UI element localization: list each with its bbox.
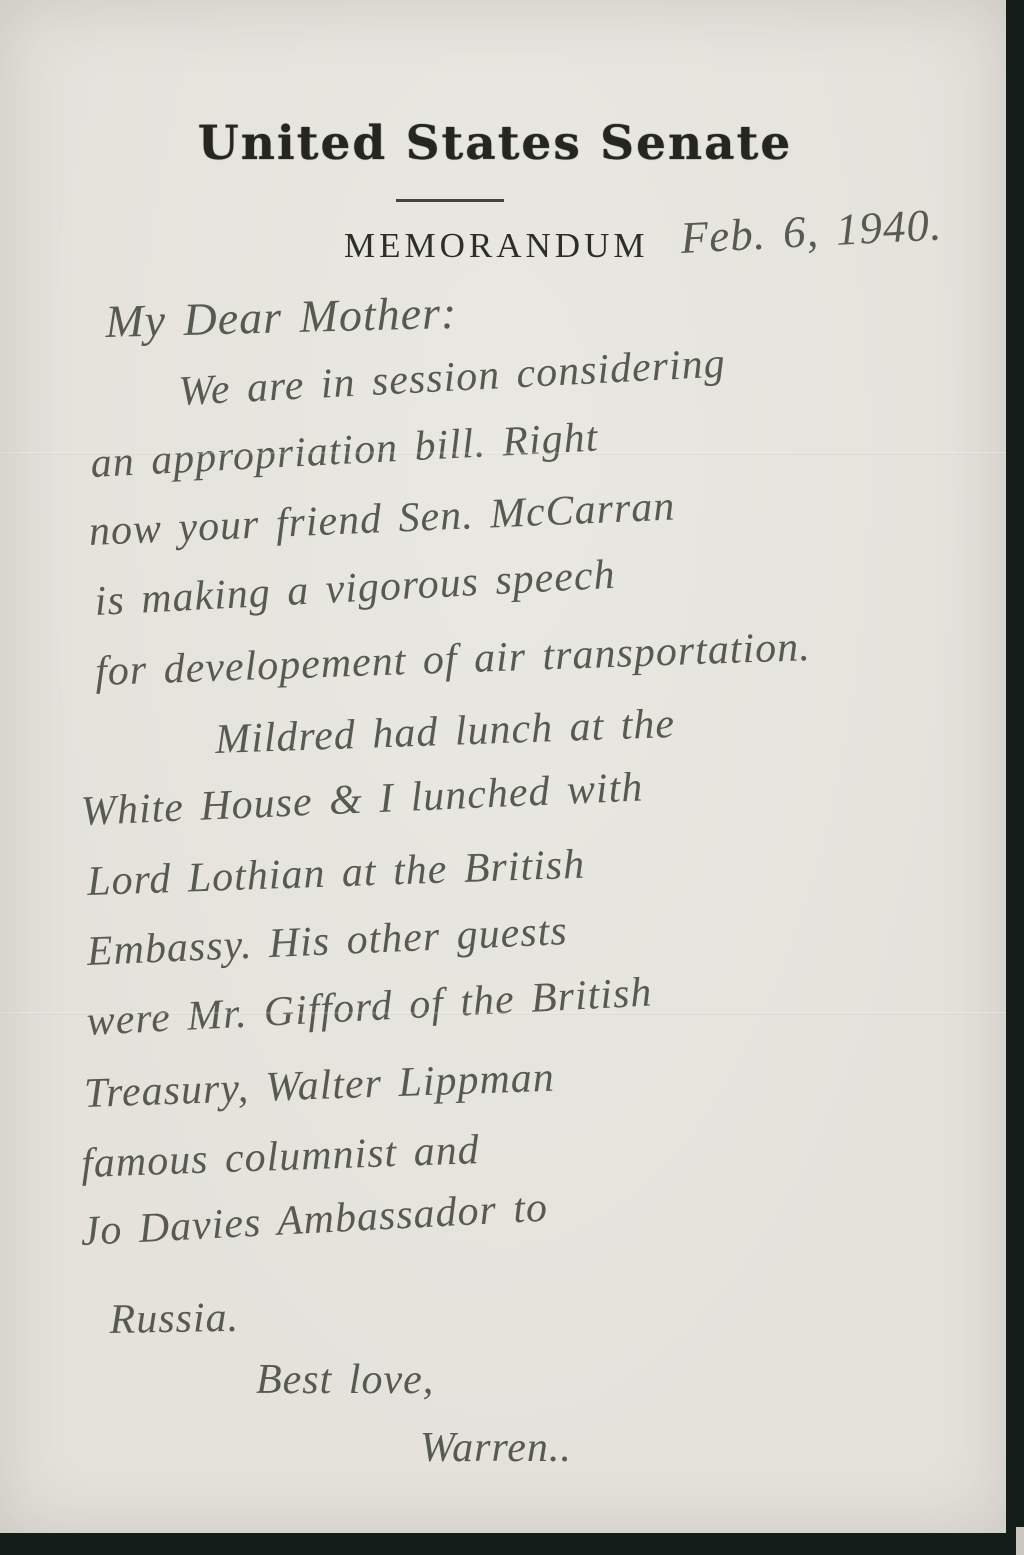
- signature-line: Warren..: [420, 1424, 572, 1472]
- handwritten-line: Lord Lothian at the British: [86, 841, 586, 906]
- handwritten-line: Embassy. His other guests: [86, 907, 569, 976]
- handwritten-line: We are in session considering: [177, 339, 726, 416]
- handwritten-line: is making a vigorous speech: [93, 551, 616, 626]
- letterhead-divider-rule: [396, 199, 504, 202]
- handwritten-line: Russia.: [109, 1294, 239, 1344]
- handwritten-line: an appropriation bill. Right: [89, 413, 599, 488]
- handwritten-line: famous columnist and: [80, 1126, 480, 1188]
- letterhead-title: United States Senate: [0, 116, 990, 171]
- handwritten-line: Jo Davies Ambassador to: [79, 1184, 549, 1256]
- scan-edge-artifact: [1016, 1527, 1024, 1555]
- closing-line: Best love,: [256, 1356, 434, 1404]
- memorandum-label: MEMORANDUM: [344, 226, 648, 266]
- handwritten-line: now your friend Sen. McCarran: [88, 482, 676, 556]
- paper-fold-crease: [0, 452, 1006, 455]
- letter-paper: United States Senate MEMORANDUM Feb. 6, …: [0, 0, 1006, 1533]
- handwritten-line: for developement of air transportation.: [94, 623, 811, 696]
- handwritten-line: White House & I lunched with: [80, 763, 644, 836]
- handwritten-line: Mildred had lunch at the: [214, 700, 675, 764]
- handwritten-line: Treasury, Walter Lippman: [83, 1054, 555, 1118]
- handwritten-line: were Mr. Gifford of the British: [85, 968, 653, 1046]
- paper-fold-crease: [0, 1012, 1006, 1015]
- salutation-line: My Dear Mother:: [105, 286, 458, 348]
- handwritten-date: Feb. 6, 1940.: [679, 198, 943, 264]
